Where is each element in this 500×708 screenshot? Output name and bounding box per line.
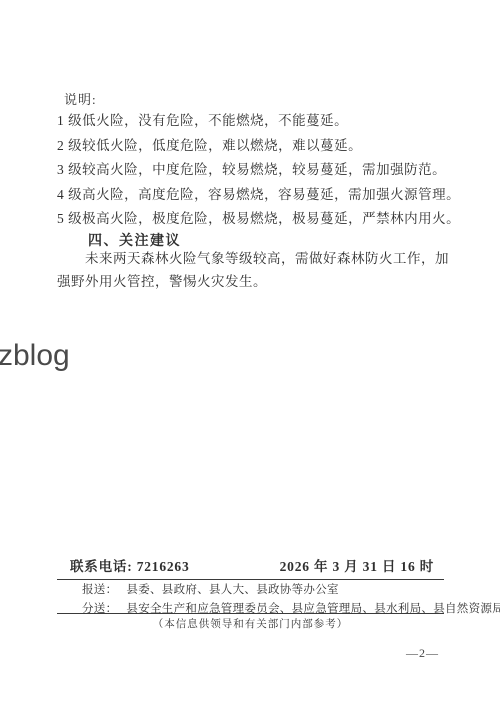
note-item-level-3: 3 级较高火险，中度危险，较易燃烧，较易蔓延，需加强防范。 <box>57 158 457 183</box>
contact-label: 联系电话: <box>70 559 133 574</box>
notes-title: 说明: <box>64 89 97 108</box>
contact-number: 7216263 <box>137 559 190 574</box>
submit-row: 报送：县委、县政府、县人大、县政协等办公室 <box>82 581 444 600</box>
report-datetime: 2026 年 3 月 31 日 16 时 <box>280 555 434 575</box>
note-item-level-4: 4 级高火险，高度危险，容易燃烧，容易蔓延，需加强火源管理。 <box>57 183 457 208</box>
note-item-level-2: 2 级较低火险，低度危险，难以燃烧，难以蔓延。 <box>57 134 457 159</box>
watermark-text: zblog <box>0 339 70 373</box>
contact-phone: 联系电话: 7216263 <box>70 555 190 575</box>
divider-line-top <box>57 579 444 580</box>
page-number: —2— <box>406 646 439 661</box>
submit-value: 县委、县政府、县人大、县政协等办公室 <box>126 584 338 596</box>
advice-paragraph: 未来两天森林火险气象等级较高，需做好森林防火工作，加强野外用火管控，警惕火灾发生… <box>57 248 449 293</box>
note-item-level-5: 5 级极高火险，极度危险，极易燃烧，极易蔓延，严禁林内用火。 <box>57 207 457 232</box>
note-item-level-1: 1 级低火险，没有危险，不能燃烧，不能蔓延。 <box>57 109 457 134</box>
internal-note: （本信息供领导和有关部门内部参考） <box>57 616 444 631</box>
submit-label: 报送： <box>82 584 117 596</box>
document-page: 说明: 1 级低火险，没有危险，不能燃烧，不能蔓延。 2 级较低火险，低度危险，… <box>0 0 500 708</box>
notes-list: 1 级低火险，没有危险，不能燃烧，不能蔓延。 2 级较低火险，低度危险，难以燃烧… <box>57 109 457 232</box>
divider-line-bottom <box>57 613 444 614</box>
footer-contact-row: 联系电话: 7216263 2026 年 3 月 31 日 16 时 <box>70 555 434 575</box>
section-heading: 四、关注建议 <box>88 230 181 250</box>
